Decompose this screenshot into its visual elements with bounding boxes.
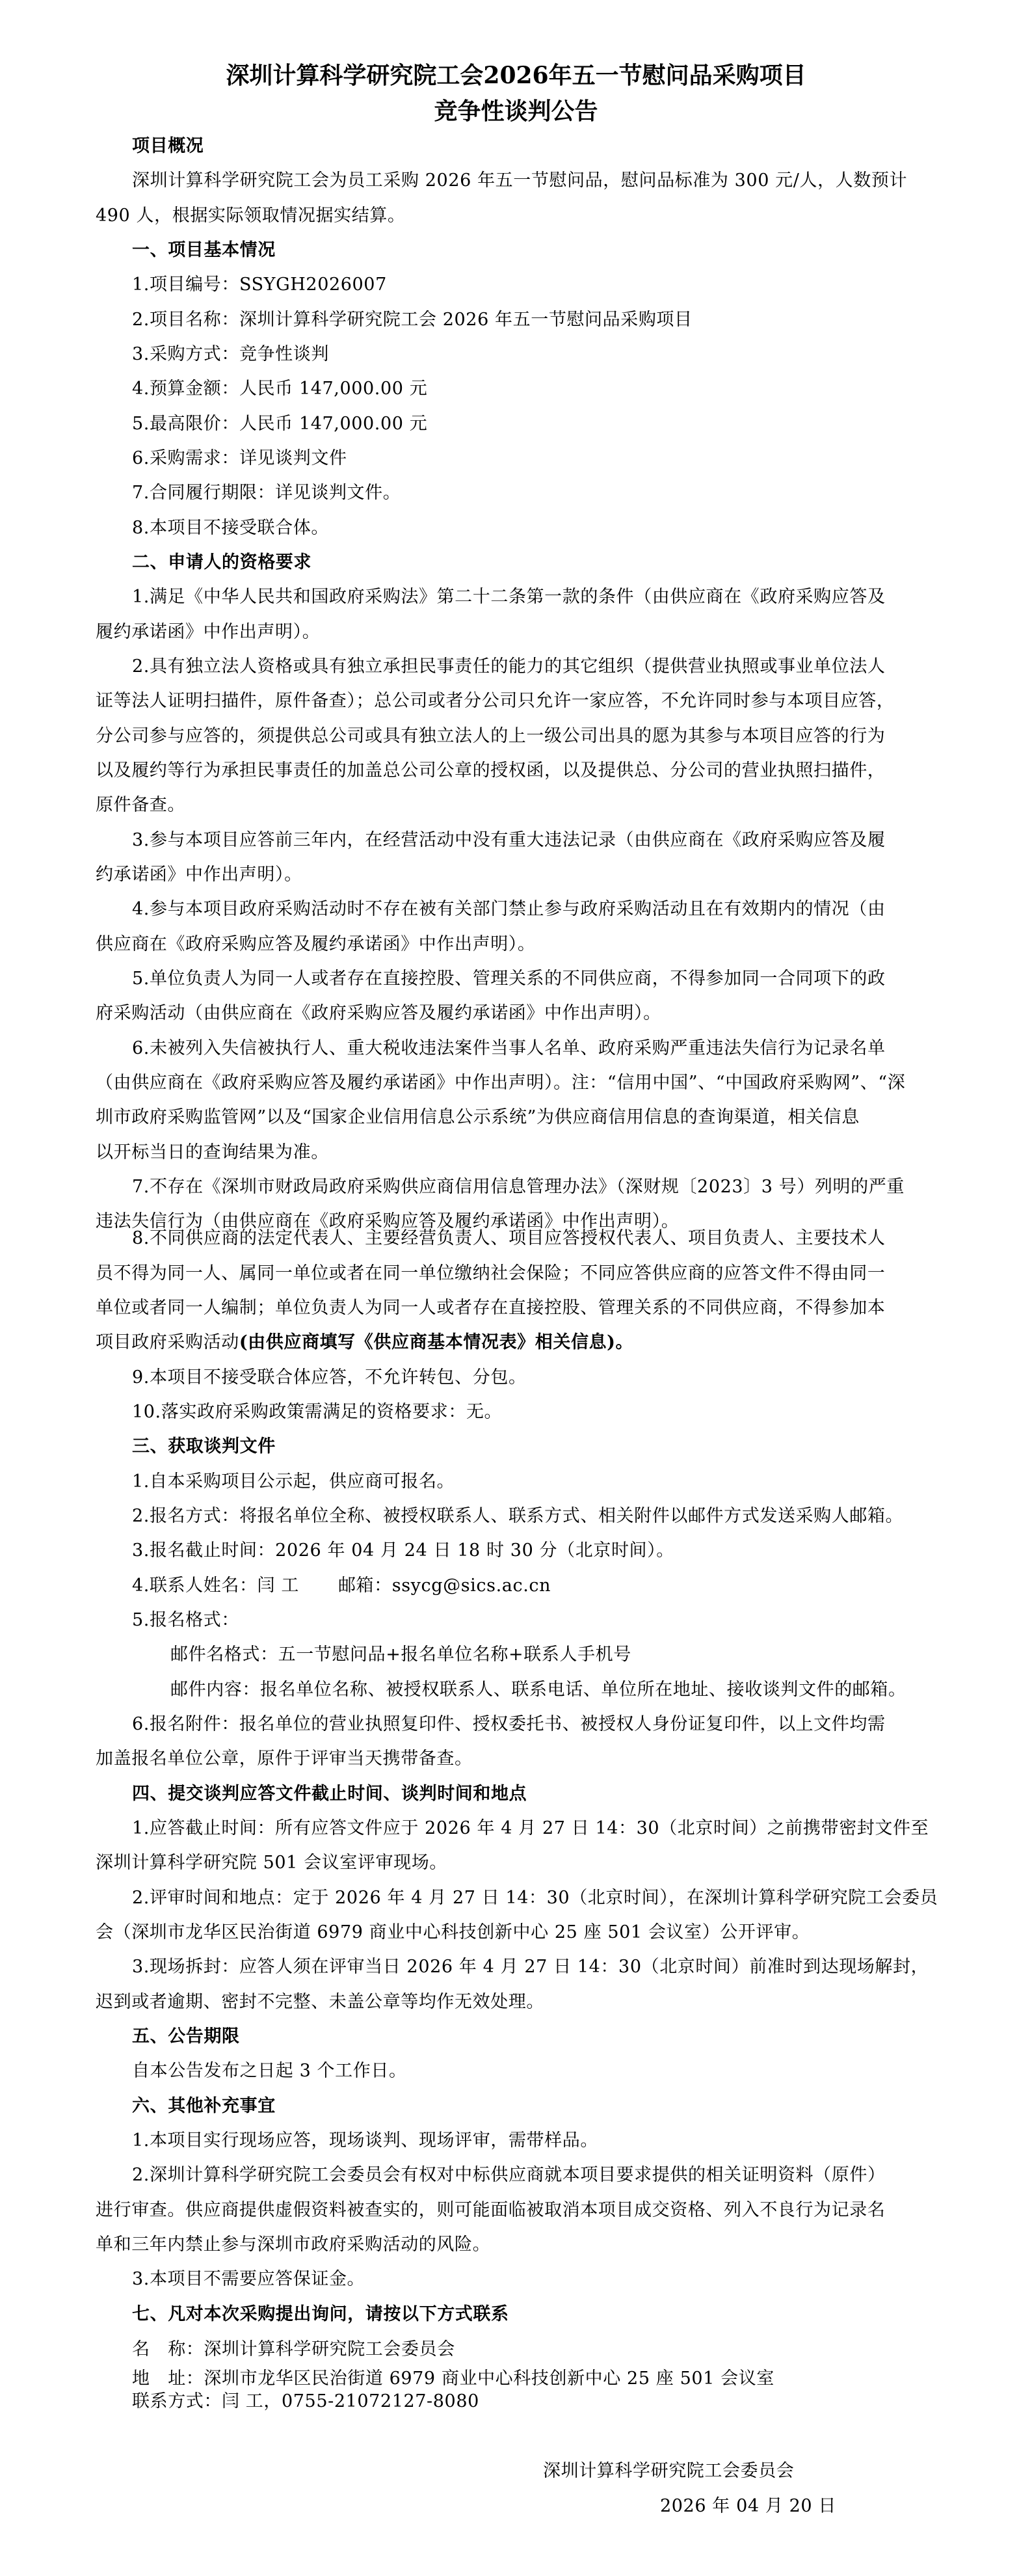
section-4-item-1-line: 深圳计算科学研究院 501 会议室评审现场。: [96, 1845, 941, 1880]
section-2-item-6-line: 以开标当日的查询结果为准。: [96, 1135, 941, 1170]
section-2-item-8-text: 项目政府采购活动: [96, 1332, 239, 1352]
section-1-item: 2.项目名称：深圳计算科学研究院工会 2026 年五一节慰问品采购项目: [132, 302, 977, 337]
section-2-item-1-line: 履约承诺函》中作出声明）。: [96, 615, 941, 649]
section-2-item-1-line: 1.满足《中华人民共和国政府采购法》第二十二条第一款的条件（由供应商在《政府采购…: [132, 580, 977, 614]
section-2-item-5-line: 5.单位负责人为同一人或者存在直接控股、管理关系的不同供应商，不得参加同一合同项…: [132, 961, 977, 996]
section-3-item-6-line: 加盖报名单位公章，原件于评审当天携带备查。: [96, 1741, 941, 1776]
section-2-item-7-line: 7.不存在《深圳市财政局政府采购供应商信用信息管理办法》（深财规〔2023〕3 …: [132, 1170, 977, 1204]
overview-text-line: 490 人，根据实际领取情况据实结算。: [96, 198, 941, 233]
section-1-item: 1.项目编号：SSYGH2026007: [132, 267, 977, 302]
section-2-item-2-line: 证等法人证明扫描件，原件备查）；总公司或者分公司只允许一家应答，不允许同时参与本…: [96, 684, 941, 718]
section-6-item-1: 1.本项目实行现场应答，现场谈判、现场评审，需带样品。: [132, 2123, 977, 2158]
section-6-item-2-line: 2.深圳计算科学研究院工会委员会有权对中标供应商就本项目要求提供的相关证明资料（…: [132, 2158, 977, 2192]
section-3-item-1: 1.自本采购项目公示起，供应商可报名。: [132, 1464, 977, 1499]
section-3-item-2: 2.报名方式：将报名单位全称、被授权联系人、联系方式、相关附件以邮件方式发送采购…: [132, 1499, 977, 1533]
section-3-item-5-email-content: 邮件内容：报名单位名称、被授权联系人、联系电话、单位所在地址、接收谈判文件的邮箱…: [170, 1672, 1016, 1707]
contact-phone: 联系方式：闫 工，0755-21072127-8080: [132, 2384, 977, 2419]
section-1-item: 8.本项目不接受联合体。: [132, 511, 977, 545]
section-2-item-8-bold-note: (由供应商填写《供应商基本情况表》相关信息)。: [239, 1332, 633, 1352]
section-2-item-4-line: 4.参与本项目政府采购活动时不存在被有关部门禁止参与政府采购活动且在有效期内的情…: [132, 892, 977, 926]
section-3-item-3: 3.报名截止时间：2026 年 04 月 24 日 18 时 30 分（北京时间…: [132, 1533, 977, 1568]
section-2-item-9: 9.本项目不接受联合体应答，不允许转包、分包。: [132, 1360, 977, 1395]
section-6-item-3: 3.本项目不需要应答保证金。: [132, 2262, 977, 2296]
section-1-item: 4.预算金额：人民币 147,000.00 元: [132, 371, 977, 406]
section-2-item-10: 10.落实政府采购政策需满足的资格要求：无。: [132, 1395, 977, 1429]
section-5-heading: 五、公告期限: [132, 2019, 977, 2054]
section-2-item-4-line: 供应商在《政府采购应答及履约承诺函》中作出声明）。: [96, 927, 941, 961]
signature-date: 2026 年 04 月 20 日: [660, 2489, 836, 2523]
contact-person-name: 4.联系人姓名：闫 工: [132, 1576, 299, 1596]
section-2-item-2-line: 以及履约等行为承担民事责任的加盖总公司公章的授权函，以及提供总、分公司的营业执照…: [96, 753, 941, 788]
section-5-body: 自本公告发布之日起 3 个工作日。: [132, 2054, 977, 2088]
document-page: 深圳计算科学研究院工会2026年五一节慰问品采购项目 竞争性谈判公告 项目概况 …: [0, 0, 1032, 2576]
section-1-heading: 一、项目基本情况: [132, 233, 977, 267]
section-2-item-5-line: 府采购活动（由供应商在《政府采购应答及履约承诺函》中作出声明）。: [96, 996, 941, 1030]
section-3-item-5-email-name-format: 邮件名格式：五一节慰问品+报名单位名称+联系人手机号: [170, 1637, 1016, 1672]
section-2-heading: 二、申请人的资格要求: [132, 545, 977, 580]
section-2-item-8-line: 8.不同供应商的法定代表人、主要经营负责人、项目应答授权代表人、项目负责人、主要…: [132, 1221, 977, 1255]
section-4-item-1-line: 1.应答截止时间：所有应答文件应于 2026 年 4 月 27 日 14：30（…: [132, 1811, 977, 1845]
section-6-heading: 六、其他补充事宜: [132, 2089, 977, 2123]
section-2-item-2-line: 2.具有独立法人资格或具有独立承担民事责任的能力的其它组织（提供营业执照或事业单…: [132, 649, 977, 684]
contact-email: 邮箱：ssycg@sics.ac.cn: [338, 1576, 551, 1596]
section-6-item-2-line: 进行审查。供应商提供虚假资料被查实的，则可能面临被取消本项目成交资格、列入不良行…: [96, 2193, 941, 2227]
section-2-item-3-line: 3.参与本项目应答前三年内，在经营活动中没有重大违法记录（由供应商在《政府采购应…: [132, 823, 977, 857]
section-1-item: 5.最高限价：人民币 147,000.00 元: [132, 407, 977, 441]
overview-heading: 项目概况: [132, 129, 977, 163]
section-2-item-6-line: 6.未被列入失信被执行人、重大税收违法案件当事人名单、政府采购严重违法失信行为记…: [132, 1031, 977, 1066]
section-2-item-2-line: 分公司参与应答的，须提供总公司或具有独立法人的上一级公司出具的愿为其参与本项目应…: [96, 719, 941, 753]
section-1-item: 7.合同履行期限：详见谈判文件。: [132, 476, 977, 510]
section-1-item: 6.采购需求：详见谈判文件: [132, 441, 977, 476]
section-4-item-3-line: 迟到或者逾期、密封不完整、未盖公章等均作无效处理。: [96, 1985, 941, 2019]
section-2-item-8-line: 员不得为同一人、属同一单位或者在同一单位缴纳社会保险；不同应答供应商的应答文件不…: [96, 1256, 941, 1291]
section-2-item-8-line: 单位或者同一人编制；单位负责人为同一人或者存在直接控股、管理关系的不同供应商，不…: [96, 1291, 941, 1325]
section-1-item: 3.采购方式：竞争性谈判: [132, 337, 977, 371]
section-2-item-6-line: 圳市政府采购监管网”以及“国家企业信用信息公示系统”为供应商信用信息的查询渠道，…: [96, 1100, 941, 1134]
section-2-item-3-line: 约承诺函》中作出声明）。: [96, 857, 941, 892]
section-3-item-4: 4.联系人姓名：闫 工邮箱：ssycg@sics.ac.cn: [132, 1568, 977, 1603]
section-4-heading: 四、提交谈判应答文件截止时间、谈判时间和地点: [132, 1777, 977, 1811]
section-2-item-8-line-last: 项目政府采购活动(由供应商填写《供应商基本情况表》相关信息)。: [96, 1325, 941, 1360]
section-4-item-2-line: 会（深圳市龙华区民治街道 6979 商业中心科技创新中心 25 座 501 会议…: [96, 1915, 941, 1950]
section-4-item-2-line: 2.评审时间和地点：定于 2026 年 4 月 27 日 14：30（北京时间）…: [132, 1881, 977, 1915]
document-title-line-1: 深圳计算科学研究院工会2026年五一节慰问品采购项目: [0, 57, 1032, 94]
section-2-item-6-line: （由供应商在《政府采购应答及履约承诺函》中作出声明）。注：“信用中国”、“中国政…: [96, 1066, 941, 1100]
section-3-heading: 三、获取谈判文件: [132, 1429, 977, 1464]
section-4-item-3-line: 3.现场拆封：应答人须在评审当日 2026 年 4 月 27 日 14：30（北…: [132, 1950, 977, 1984]
section-3-item-6-line: 6.报名附件：报名单位的营业执照复印件、授权委托书、被授权人身份证复印件，以上文…: [132, 1707, 977, 1741]
section-6-item-2-line: 单和三年内禁止参与深圳市政府采购活动的风险。: [96, 2227, 941, 2262]
overview-text-line: 深圳计算科学研究院工会为员工采购 2026 年五一节慰问品，慰问品标准为 300…: [132, 163, 977, 198]
document-title-line-2: 竞争性谈判公告: [0, 93, 1032, 129]
section-2-item-2-line: 原件备查。: [96, 788, 941, 822]
signature-org: 深圳计算科学研究院工会委员会: [543, 2454, 794, 2488]
section-7-heading: 七、凡对本次采购提出询问，请按以下方式联系: [132, 2297, 977, 2331]
section-3-item-5: 5.报名格式：: [132, 1603, 977, 1637]
